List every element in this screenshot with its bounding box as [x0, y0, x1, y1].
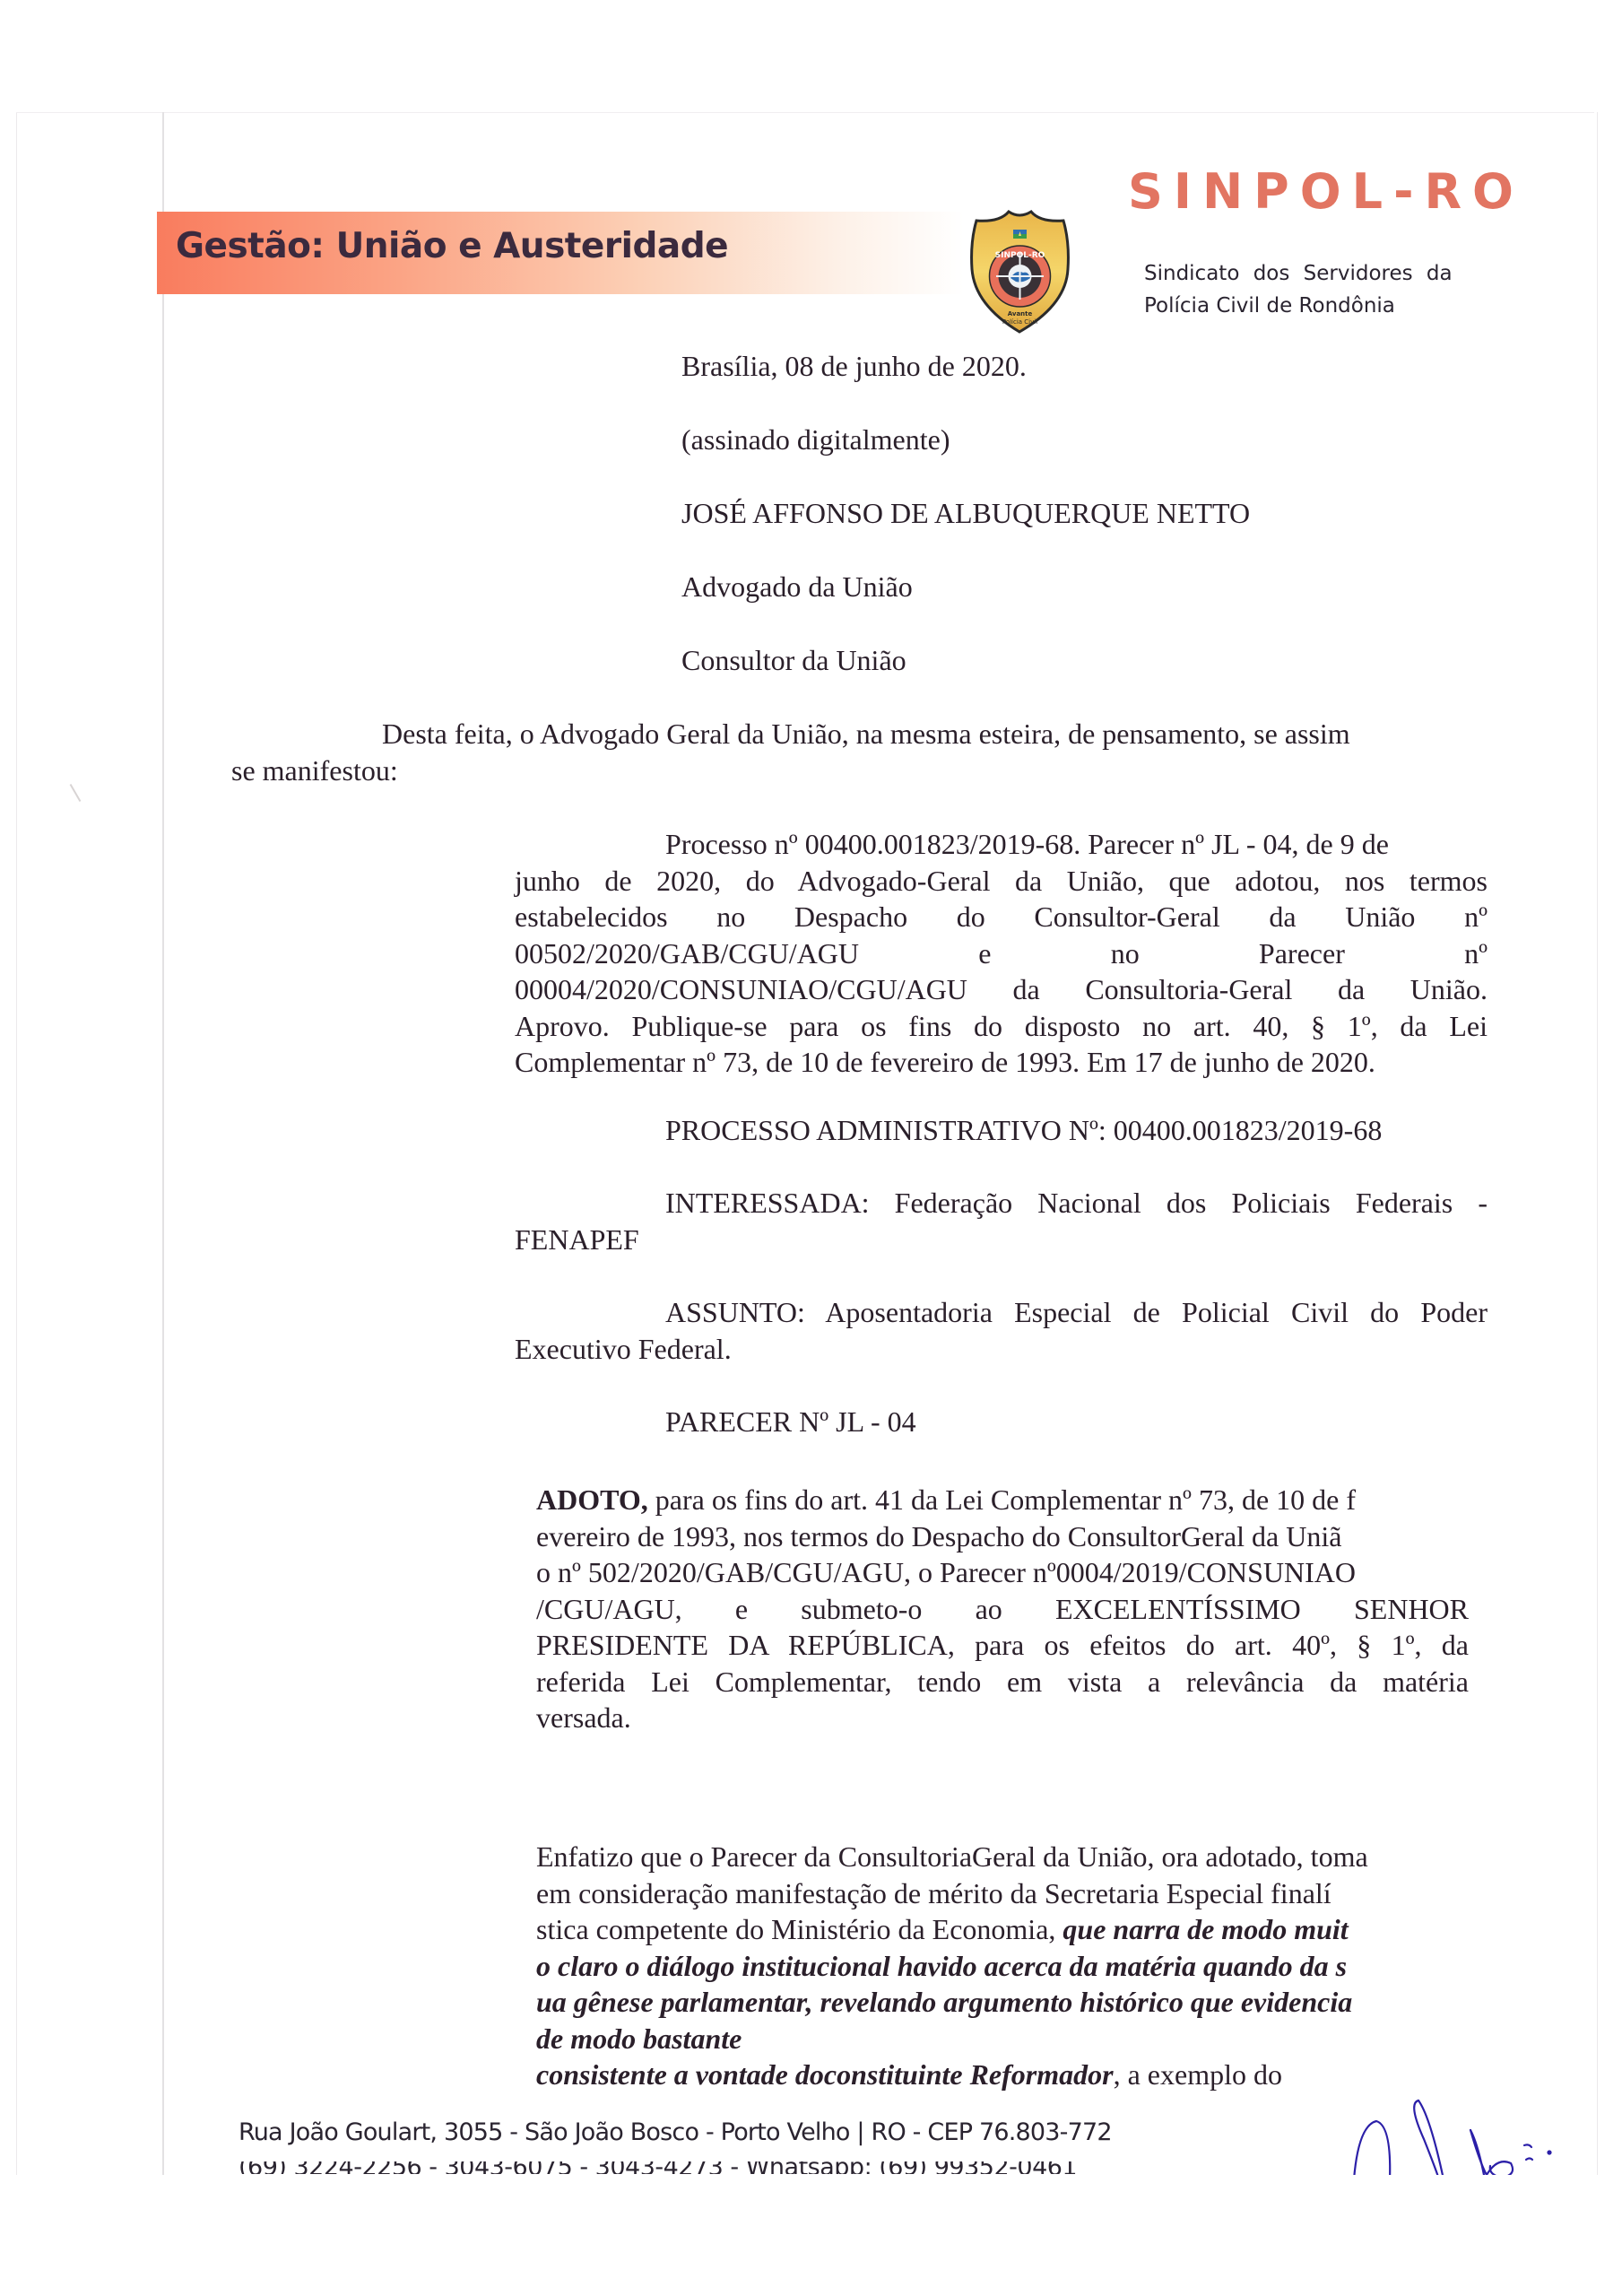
svg-text:Polícia Civil: Polícia Civil	[1002, 318, 1037, 326]
org-subtitle: Sindicato dos Servidores da Polícia Civi…	[1144, 257, 1485, 322]
scan-page-edge	[16, 112, 17, 2175]
scan-blank-area	[0, 2175, 1622, 2296]
org-subtitle-line1: Sindicato dos Servidores da	[1144, 257, 1485, 290]
signed-note: (assinado digitalmente)	[681, 423, 950, 457]
enfatizo-emphasis: de modo bastante	[536, 2021, 1469, 2057]
svg-text:Avante: Avante	[1008, 310, 1033, 317]
assunto-line-1: ASSUNTO: Aposentadoria Especial de Polic…	[515, 1294, 1488, 1331]
org-name: SINPOL-RO	[1128, 163, 1524, 220]
enfatizo-emphasis: o claro o diálogo institucional havido a…	[536, 1948, 1469, 1985]
intro-line-1: Desta feita, o Advogado Geral da União, …	[231, 716, 1487, 752]
signer-name: JOSÉ AFFONSO DE ALBUQUERQUE NETTO	[681, 497, 1250, 530]
scan-artifact-mark	[70, 784, 82, 802]
left-margin-rule	[162, 112, 164, 2184]
interessada-line-1: INTERESSADA: Federação Nacional dos Poli…	[515, 1185, 1488, 1222]
parecer-field: PARECER Nº JL - 04	[515, 1404, 1488, 1440]
adoto-line: referida Lei Complementar, tendo em vist…	[536, 1664, 1469, 1700]
enfatizo-emphasis: que narra de modo muit	[1063, 1913, 1348, 1945]
assunto-line-2: Executivo Federal.	[515, 1331, 1488, 1368]
quote-line: junho de 2020, do Advogado-Geral da Uniã…	[515, 863, 1488, 900]
adoto-line: o nº 502/2020/GAB/CGU/AGU, o Parecer nº0…	[536, 1554, 1469, 1591]
letterhead-banner-title: Gestão: União e Austeridade	[176, 226, 728, 266]
footer-phones-text: (69) 3224-2256 - 3043-6075 - 3043-4273 -…	[239, 2161, 1077, 2174]
adoto-line: evereiro de 1993, nos termos do Despacho…	[536, 1518, 1469, 1555]
footer-phones: (69) 3224-2256 - 3043-6075 - 3043-4273 -…	[239, 2161, 1077, 2174]
scan-page-edge-top	[16, 112, 1594, 113]
adoto-line: PRESIDENTE DA REPÚBLICA, para os efeitos…	[536, 1627, 1469, 1664]
adoto-line: /CGU/AGU, e submeto-o ao EXCELENTÍSSIMO …	[536, 1591, 1469, 1628]
adoto-line: para os fins do art. 41 da Lei Complemen…	[648, 1483, 1356, 1516]
processo-text: PROCESSO ADMINISTRATIVO Nº: 00400.001823…	[515, 1112, 1488, 1149]
place-date: Brasília, 08 de junho de 2020.	[681, 350, 1027, 383]
adoto-line: versada.	[536, 1700, 1469, 1736]
interessada-field: INTERESSADA: Federação Nacional dos Poli…	[515, 1185, 1488, 1257]
parecer-text: PARECER Nº JL - 04	[515, 1404, 1488, 1440]
quote-line: Complementar nº 73, de 10 de fevereiro d…	[515, 1044, 1488, 1081]
right-margin-rule	[1597, 112, 1598, 2184]
assunto-field: ASSUNTO: Aposentadoria Especial de Polic…	[515, 1294, 1488, 1367]
intro-line-2: se manifestou:	[231, 752, 1487, 789]
quoted-despacho: Processo nº 00400.001823/2019-68. Parece…	[515, 826, 1488, 1081]
quote-line: Aprovo. Publique-se para os fins do disp…	[515, 1008, 1488, 1045]
enfatizo-paragraph: Enfatizo que o Parecer da ConsultoriaGer…	[536, 1839, 1469, 2093]
org-subtitle-line2: Polícia Civil de Rondônia	[1144, 290, 1485, 322]
adoto-lead: ADOTO,	[536, 1483, 648, 1516]
svg-text:SINPOL-RO: SINPOL-RO	[995, 251, 1045, 260]
enfatizo-emphasis: ua gênese parlamentar, revelando argumen…	[536, 1984, 1469, 2021]
adoto-paragraph: ADOTO, para os fins do art. 41 da Lei Co…	[536, 1482, 1469, 1736]
quote-line: estabelecidos no Despacho do Consultor-G…	[515, 899, 1488, 935]
quote-line: 00004/2020/CONSUNIAO/CGU/AGU da Consulto…	[515, 971, 1488, 1008]
enfatizo-text: stica competente do Ministério da Econom…	[536, 1913, 1063, 1945]
quote-line: Processo nº 00400.001823/2019-68. Parece…	[515, 826, 1488, 863]
signer-role-2: Consultor da União	[681, 644, 906, 677]
interessada-line-2: FENAPEF	[515, 1222, 1488, 1258]
quote-line: 00502/2020/GAB/CGU/AGU e no Parecer nº	[515, 935, 1488, 972]
footer-address: Rua João Goulart, 3055 - São João Bosco …	[239, 2118, 1112, 2146]
enfatizo-emphasis: consistente a vontade doconstituinte Ref…	[536, 2058, 1114, 2091]
handwritten-signature-icon	[1345, 2090, 1578, 2179]
signer-role-1: Advogado da União	[681, 570, 913, 604]
intro-paragraph: Desta feita, o Advogado Geral da União, …	[231, 716, 1487, 788]
processo-field: PROCESSO ADMINISTRATIVO Nº: 00400.001823…	[515, 1112, 1488, 1149]
enfatizo-line: Enfatizo que o Parecer da ConsultoriaGer…	[536, 1839, 1469, 1875]
enfatizo-text: , a exemplo do	[1114, 2058, 1282, 2091]
enfatizo-line: em consideração manifestação de mérito d…	[536, 1875, 1469, 1912]
police-badge-icon: SINPOL-RO Avante Polícia Civil	[964, 206, 1076, 336]
